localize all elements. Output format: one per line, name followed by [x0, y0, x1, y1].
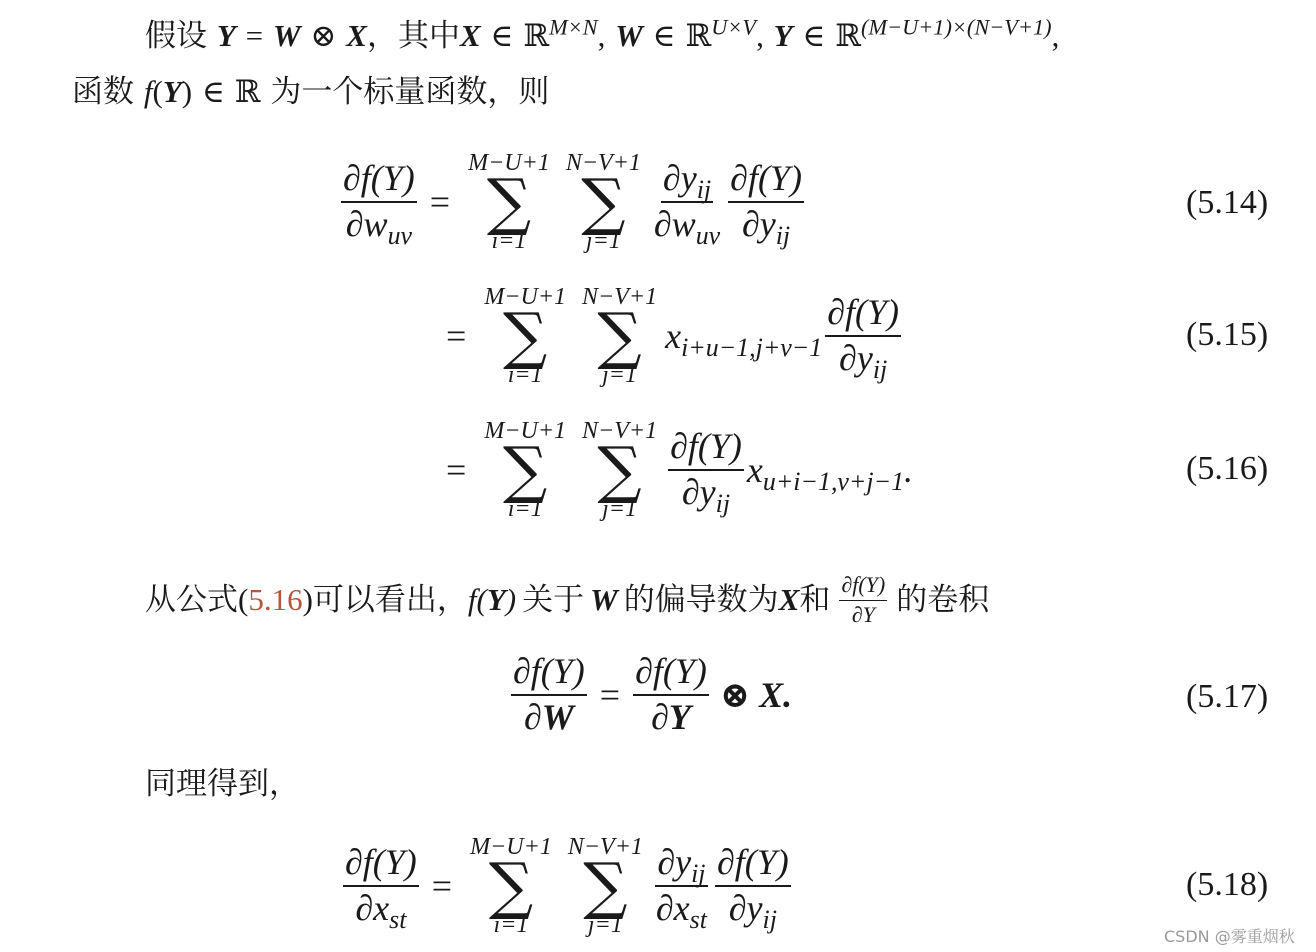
equation-5-15: = M−U+1 ∑ i=1 N−V+1 ∑ j=1 xi+u−1,j+v−1 ∂…	[446, 276, 904, 396]
var-Y: Y	[217, 18, 236, 53]
equation-5-14: ∂f(Y) ∂wuv = M−U+1 ∑ i=1 N−V+1 ∑ j=1 ∂yi…	[338, 142, 807, 262]
watermark: CSDN @雾重烟秋	[1164, 924, 1295, 947]
equation-ref-link[interactable]: (5.16)	[238, 580, 313, 620]
text: 可以看出，	[313, 580, 468, 620]
reals-symbol: ℝ	[835, 18, 861, 54]
text: 的偏导数为	[624, 580, 779, 620]
equals-sign: =	[246, 18, 263, 53]
numerator: ∂f(Y)	[341, 159, 417, 203]
numerator: ∂f(Y)	[715, 843, 791, 887]
reals-symbol: ℝ	[235, 74, 261, 110]
paren: (	[152, 74, 162, 109]
var-X: X	[346, 18, 367, 53]
text: 和	[799, 580, 830, 620]
dim-y: (M−U+1)×(N−V+1)	[861, 15, 1052, 40]
den-text: ∂y	[742, 204, 776, 244]
sum-j: N−V+1 ∑ j=1	[582, 285, 657, 387]
numerator: ∂f(Y)	[343, 843, 419, 887]
denominator: ∂Y	[649, 696, 693, 738]
var-Y: Y	[774, 18, 793, 53]
subscript: ij	[763, 905, 777, 934]
subscript: ij	[776, 221, 790, 250]
sigma-icon: ∑	[503, 443, 547, 497]
x-term: xi+u−1,j+v−1	[665, 315, 822, 357]
reals-symbol: ℝ	[523, 18, 549, 54]
equation-number: (5.14)	[1186, 184, 1268, 222]
sum-i: M−U+1 ∑ i=1	[484, 419, 566, 521]
den-text: ∂x	[656, 888, 690, 928]
denominator: ∂yij	[740, 203, 792, 245]
numerator: ∂f(Y)	[511, 652, 587, 696]
equals-sign: =	[446, 315, 466, 357]
denominator: ∂wuv	[652, 203, 722, 245]
numerator: ∂f(Y)	[633, 652, 709, 696]
subscript: ij	[873, 355, 887, 384]
sigma-icon: ∑	[597, 443, 641, 497]
den-text: ∂y	[729, 888, 763, 928]
fY: f(Y)	[468, 580, 516, 620]
denominator: ∂yij	[837, 337, 889, 379]
equals-sign: =	[432, 865, 452, 907]
den-text: ∂x	[355, 888, 389, 928]
equation-number: (5.17)	[1186, 678, 1268, 716]
sum-j: N−V+1 ∑ j=1	[566, 151, 641, 253]
sigma-icon: ∑	[597, 309, 641, 363]
denominator: ∂yij	[727, 887, 779, 929]
equation-5-16: = M−U+1 ∑ i=1 N−V+1 ∑ j=1 ∂f(Y) ∂yij xu+…	[446, 410, 913, 530]
reals-symbol: ℝ	[685, 18, 711, 54]
subscript: ij	[697, 176, 711, 205]
element-of: ∈	[202, 74, 225, 109]
term1-fraction: ∂yij ∂xst	[654, 843, 709, 928]
sigma-icon: ∑	[487, 175, 531, 229]
equation-number: (5.15)	[1186, 316, 1268, 354]
lhs-fraction: ∂f(Y) ∂xst	[343, 843, 419, 928]
text: 函数	[72, 74, 134, 110]
sum-j: N−V+1 ∑ j=1	[568, 835, 643, 937]
denominator: ∂W	[522, 696, 576, 738]
element-of: ∈	[653, 18, 676, 53]
lower-limit: j=1	[588, 913, 623, 937]
var-W: W	[615, 18, 643, 53]
subscript: st	[690, 905, 707, 934]
lower-limit: j=1	[602, 363, 637, 387]
text: 从公式	[145, 580, 238, 620]
equation-5-17: ∂f(Y) ∂W = ∂f(Y) ∂Y ⊗ X.	[508, 650, 792, 740]
den-text: ∂w	[654, 204, 696, 244]
num-text: ∂y	[657, 842, 691, 882]
paren: (	[238, 582, 248, 617]
lower-limit: i=1	[508, 363, 543, 387]
x: x	[747, 450, 763, 490]
sum-j: N−V+1 ∑ j=1	[582, 419, 657, 521]
numerator: ∂yij	[661, 159, 713, 203]
ref-number[interactable]: 5.16	[248, 582, 302, 617]
numerator: ∂f(Y)	[668, 427, 744, 471]
period: .	[904, 450, 913, 490]
var-X: X	[779, 580, 800, 620]
var-W: W	[590, 580, 618, 620]
subscript: uv	[388, 221, 412, 250]
sum-i: M−U+1 ∑ i=1	[484, 285, 566, 387]
lower-limit: i=1	[492, 229, 527, 253]
equation-5-18: ∂f(Y) ∂xst = M−U+1 ∑ i=1 N−V+1 ∑ j=1 ∂yi…	[340, 826, 794, 946]
inline-fraction: ∂f(Y) ∂Y	[839, 573, 887, 626]
dim-w: U×V	[711, 15, 756, 40]
equals-sign: =	[430, 181, 450, 223]
num-text: ∂y	[663, 158, 697, 198]
numerator: ∂f(Y)	[825, 293, 901, 337]
lhs-fraction: ∂f(Y) ∂wuv	[341, 159, 417, 244]
lower-limit: j=1	[586, 229, 621, 253]
term2-fraction: ∂f(Y) ∂yij	[825, 293, 901, 378]
element-of: ∈	[802, 18, 825, 53]
sum-i: M−U+1 ∑ i=1	[470, 835, 552, 937]
lhs-fraction: ∂f(Y) ∂W	[511, 652, 587, 737]
den-text: ∂y	[839, 338, 873, 378]
comma: ,	[598, 18, 606, 53]
var-W: W	[273, 18, 301, 53]
x: x	[665, 316, 681, 356]
sum-i: M−U+1 ∑ i=1	[468, 151, 550, 253]
term2-fraction: ∂f(Y) ∂yij	[728, 159, 804, 244]
paren: )	[303, 582, 313, 617]
sigma-icon: ∑	[583, 859, 627, 913]
equals-sign: =	[446, 449, 466, 491]
numerator: ∂yij	[655, 843, 707, 887]
subscript: ij	[716, 489, 730, 518]
sigma-icon: ∑	[581, 175, 625, 229]
term2-fraction: ∂f(Y) ∂yij	[715, 843, 791, 928]
denominator: ∂wuv	[344, 203, 414, 245]
denominator: ∂Y	[850, 601, 877, 627]
explanation-paragraph: 从公式 (5.16) 可以看出， f(Y) 关于 W 的偏导数为 X 和 ∂f(…	[145, 568, 989, 632]
term1-fraction: ∂f(Y) ∂yij	[668, 427, 744, 512]
sigma-icon: ∑	[489, 859, 533, 913]
term1-fraction: ∂yij ∂wuv	[652, 159, 722, 244]
denominator: ∂yij	[680, 471, 732, 513]
element-of: ∈	[491, 18, 514, 53]
subscript: ij	[691, 860, 705, 889]
text: 的卷积	[896, 580, 989, 620]
text: ，其中	[367, 18, 460, 54]
comma: ,	[1052, 18, 1060, 53]
intro-line-1: 假设 Y = W ⊗ X，其中X ∈ ℝM×N, W ∈ ℝU×V, Y ∈ ℝ…	[145, 16, 1059, 56]
comma: ,	[756, 18, 764, 53]
lower-limit: j=1	[602, 497, 637, 521]
var-X: X	[460, 18, 481, 53]
text: 假设	[145, 18, 207, 54]
den-text: ∂y	[682, 472, 716, 512]
paren: )	[182, 74, 192, 109]
subscript: st	[389, 905, 406, 934]
numerator: ∂f(Y)	[839, 573, 887, 600]
subscript: i+u−1,j+v−1	[681, 333, 822, 362]
lower-limit: i=1	[494, 913, 529, 937]
equation-number: (5.18)	[1186, 866, 1268, 904]
text: 关于	[522, 580, 584, 620]
numerator: ∂f(Y)	[728, 159, 804, 203]
lower-limit: i=1	[508, 497, 543, 521]
subscript: u+i−1,v+j−1	[763, 467, 904, 496]
similarly-text: 同理得到，	[145, 764, 300, 804]
dim-x: M×N	[549, 15, 598, 40]
conv-x: ⊗ X.	[720, 674, 792, 716]
convolution-operator: ⊗	[310, 18, 336, 53]
den-text: ∂w	[346, 204, 388, 244]
sigma-icon: ∑	[503, 309, 547, 363]
x-term: xu+i−1,v+j−1.	[747, 449, 913, 491]
equals-sign: =	[600, 674, 620, 716]
intro-line-2: 函数 f(Y) ∈ ℝ 为一个标量函数，则	[72, 72, 549, 112]
subscript: uv	[696, 221, 720, 250]
rhs-fraction: ∂f(Y) ∂Y	[633, 652, 709, 737]
denominator: ∂xst	[353, 887, 408, 929]
equation-number: (5.16)	[1186, 450, 1268, 488]
text: 为一个标量函数，则	[270, 74, 549, 110]
var-Y: Y	[163, 74, 182, 109]
denominator: ∂xst	[654, 887, 709, 929]
